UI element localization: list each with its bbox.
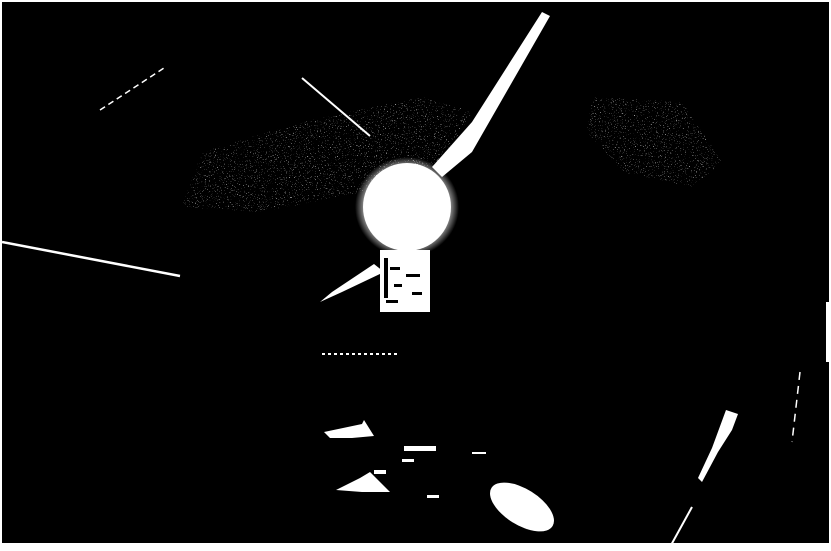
- photo-frame: High-contrast black-and-white photograph…: [0, 0, 831, 551]
- bottom-edge: [2, 543, 829, 547]
- photograph: [2, 2, 829, 547]
